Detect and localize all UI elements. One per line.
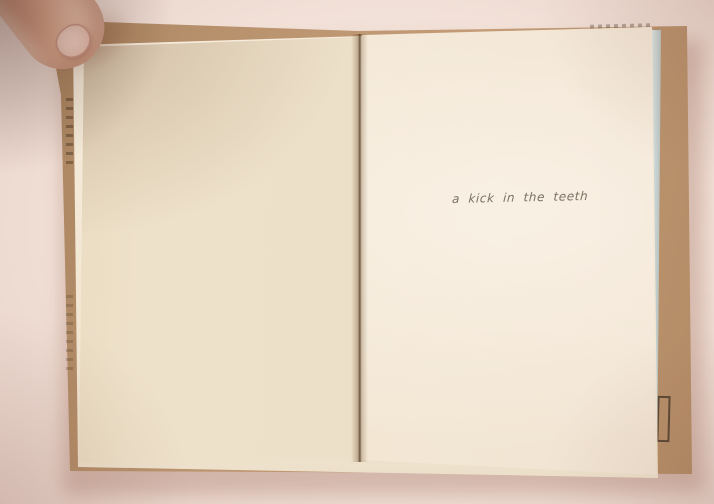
thumb-nail [49,17,97,64]
cover-stamp-box [656,396,670,442]
cover-edge-print-marks-upper [66,98,73,166]
book-gutter [351,34,368,462]
photo-canvas: 27 a kick in the teeth [0,0,714,504]
cover-edge-print-marks-lower [66,295,73,370]
